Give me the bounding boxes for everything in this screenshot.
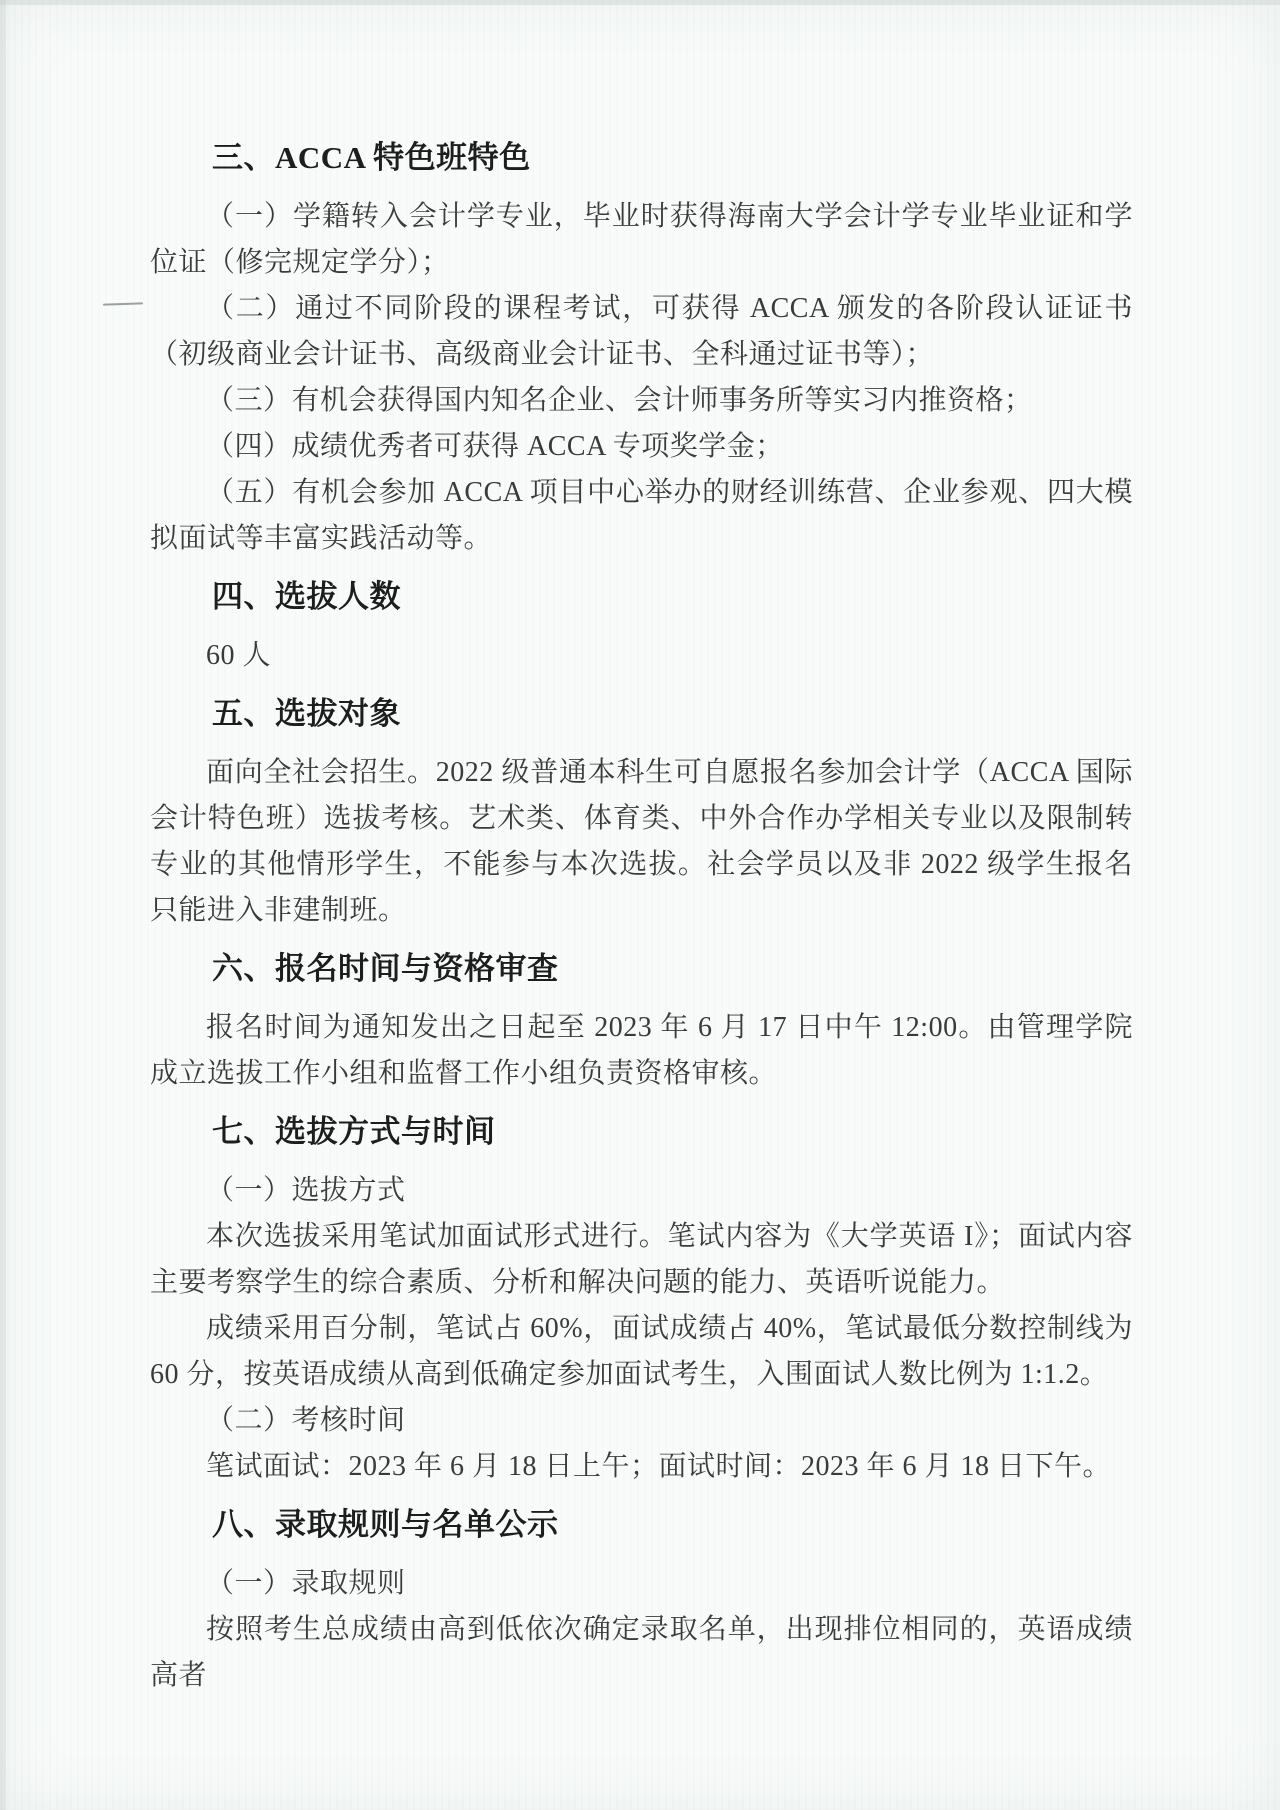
document-body: 三、ACCA 特色班特色 （一）学籍转入会计学专业，毕业时获得海南大学会计学专业… — [150, 134, 1133, 1699]
para-quota: 60 人 — [150, 633, 1133, 679]
subheading-admission-rule: （一）录取规则 — [150, 1561, 1133, 1607]
heading-7-method-time: 七、选拔方式与时间 — [150, 1108, 1133, 1156]
para-exam-time: 笔试面试：2023 年 6 月 18 日上午；面试时间：2023 年 6 月 1… — [150, 1444, 1133, 1490]
para-method-1: 本次选拔采用笔试加面试形式进行。笔试内容为《大学英语 I》；面试内容主要考察学生… — [150, 1214, 1133, 1306]
heading-4-quota: 四、选拔人数 — [150, 573, 1133, 621]
para-registration: 报名时间为通知发出之日起至 2023 年 6 月 17 日中午 12:00。由管… — [150, 1005, 1133, 1097]
para-feature-2: （二）通过不同阶段的课程考试，可获得 ACCA 颁发的各阶段认证证书（初级商业会… — [150, 286, 1133, 378]
scan-edge-left — [0, 0, 6, 1810]
para-feature-3: （三）有机会获得国内知名企业、会计师事务所等实习内推资格； — [150, 378, 1133, 424]
scanned-page: 三、ACCA 特色班特色 （一）学籍转入会计学专业，毕业时获得海南大学会计学专业… — [0, 0, 1280, 1810]
subheading-exam-time: （二）考核时间 — [150, 1398, 1133, 1444]
para-admission-rule: 按照考生总成绩由高到低依次确定录取名单，出现排位相同的，英语成绩高者 — [150, 1607, 1133, 1699]
subheading-method: （一）选拔方式 — [150, 1168, 1133, 1214]
para-feature-4: （四）成绩优秀者可获得 ACCA 专项奖学金； — [150, 424, 1133, 470]
heading-5-target: 五、选拔对象 — [150, 690, 1133, 738]
para-method-2: 成绩采用百分制，笔试占 60%，面试成绩占 40%，笔试最低分数控制线为 60 … — [150, 1306, 1133, 1398]
heading-8-admission: 八、录取规则与名单公示 — [150, 1501, 1133, 1549]
scan-artifact-dash — [103, 302, 143, 305]
heading-6-registration: 六、报名时间与资格审查 — [150, 945, 1133, 993]
heading-3-acca-features: 三、ACCA 特色班特色 — [150, 134, 1133, 182]
para-target: 面向全社会招生。2022 级普通本科生可自愿报名参加会计学（ACCA 国际会计特… — [150, 750, 1133, 934]
para-feature-5: （五）有机会参加 ACCA 项目中心举办的财经训练营、企业参观、四大模拟面试等丰… — [150, 470, 1133, 562]
scan-edge-top — [0, 0, 1280, 5]
para-feature-1: （一）学籍转入会计学专业，毕业时获得海南大学会计学专业毕业证和学位证（修完规定学… — [150, 194, 1133, 286]
